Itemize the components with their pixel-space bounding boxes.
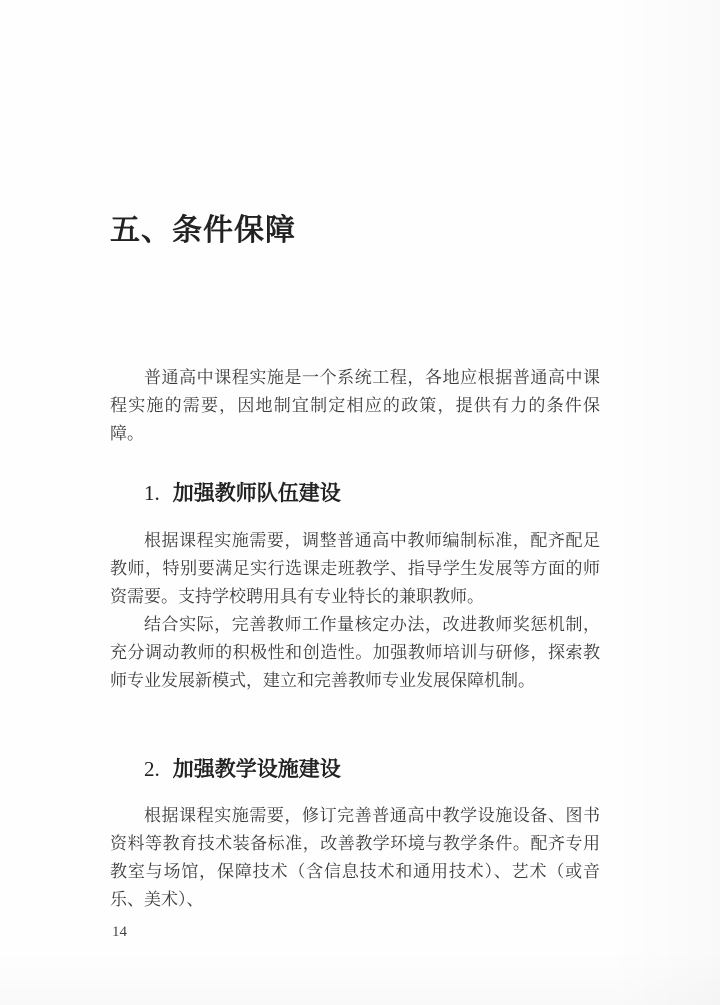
section-1-number: 1. [144,481,160,505]
section-2-title: 加强教学设施建设 [173,757,341,781]
chapter-title: 五、条件保障 [110,214,296,249]
scan-shading-right [610,0,720,1005]
scan-shading-bottom [0,950,720,1005]
section-1-title: 加强教师队伍建设 [173,481,341,505]
section-2-heading: 2.加强教学设施建设 [144,756,341,783]
section-2-body: 根据课程实施需要，修订完善普通高中教学设施设备、图书资料等教育技术装备标准，改善… [110,802,600,914]
section-2-paragraph: 根据课程实施需要，修订完善普通高中教学设施设备、图书资料等教育技术装备标准，改善… [110,802,600,914]
intro-paragraph-block: 普通高中课程实施是一个系统工程，各地应根据普通高中课程实施的需要，因地制宜制定相… [110,364,600,448]
section-1-paragraph: 结合实际，完善教师工作量核定办法，改进教师奖惩机制，充分调动教师的积极性和创造性… [110,611,600,695]
document-page: 五、条件保障 普通高中课程实施是一个系统工程，各地应根据普通高中课程实施的需要，… [0,0,720,1005]
section-1-heading: 1.加强教师队伍建设 [144,480,341,507]
page-number: 14 [112,924,127,941]
section-1-paragraph: 根据课程实施需要，调整普通高中教师编制标准，配齐配足教师，特别要满足实行选课走班… [110,527,600,611]
section-2-number: 2. [144,757,160,781]
intro-paragraph: 普通高中课程实施是一个系统工程，各地应根据普通高中课程实施的需要，因地制宜制定相… [110,364,600,448]
section-1-body: 根据课程实施需要，调整普通高中教师编制标准，配齐配足教师，特别要满足实行选课走班… [110,527,600,695]
